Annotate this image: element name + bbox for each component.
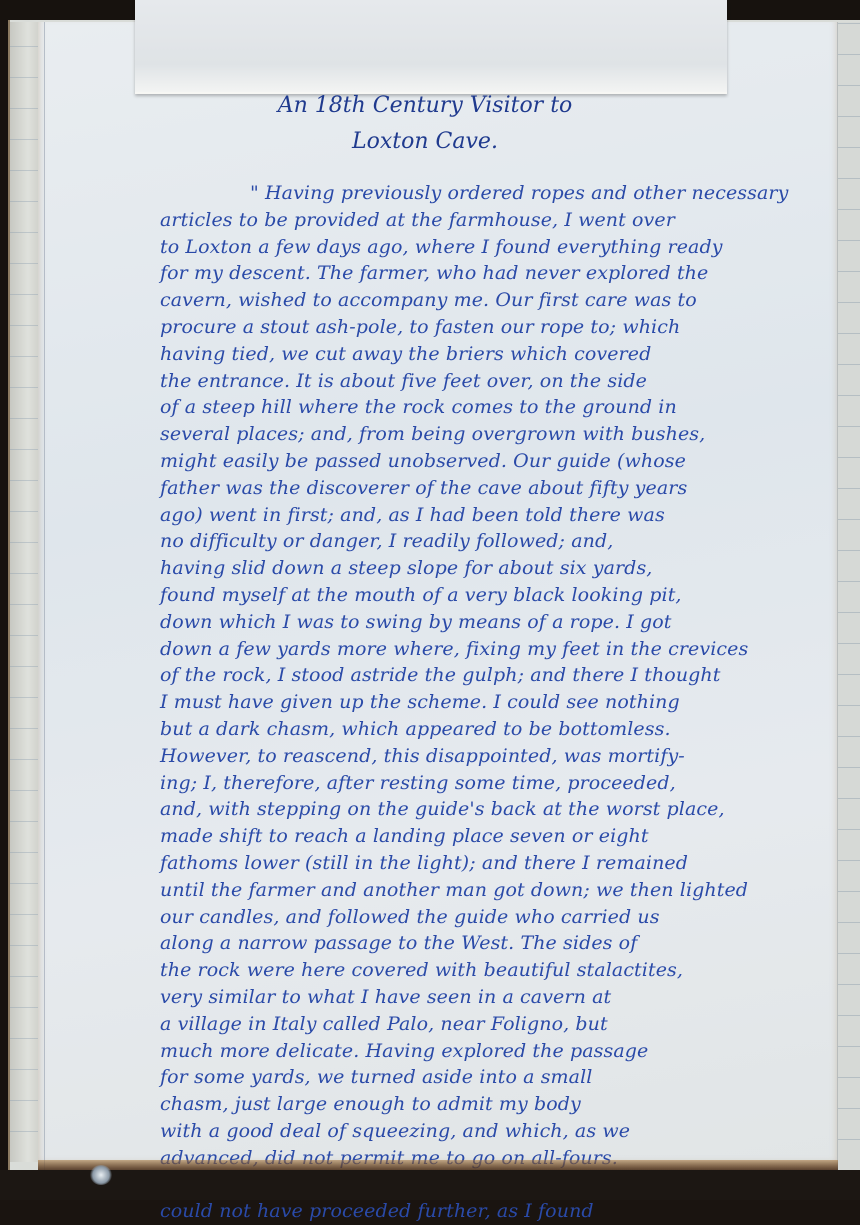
text-line: for my descent. The farmer, who had neve… [160, 260, 800, 287]
text-line: made shift to reach a landing place seve… [160, 823, 800, 850]
text-line: with a good deal of squeezing, and which… [160, 1118, 800, 1145]
page-right-edge [837, 22, 860, 1170]
text-line: much more delicate. Having explored the … [160, 1038, 800, 1065]
text-line: but a dark chasm, which appeared to be b… [160, 716, 800, 743]
dark-surface [0, 1170, 860, 1200]
text-line: procure a stout ash-pole, to fasten our … [160, 314, 800, 341]
margin-line [44, 22, 45, 1170]
text-line: father was the discoverer of the cave ab… [160, 475, 800, 502]
text-line: " Having previously ordered ropes and ot… [160, 180, 800, 207]
text-line: might easily be passed unobserved. Our g… [160, 448, 800, 475]
text-line: articles to be provided at the farmhouse… [160, 207, 800, 234]
text-line: fathoms lower (still in the light); and … [160, 850, 800, 877]
text-line: of the rock, I stood astride the gulph; … [160, 662, 800, 689]
text-line: for some yards, we turned aside into a s… [160, 1064, 800, 1091]
text-line: until the farmer and another man got dow… [160, 877, 800, 904]
title-line: Loxton Cave. [200, 124, 650, 160]
text-line: to Loxton a few days ago, where I found … [160, 234, 800, 261]
text-line: the entrance. It is about five feet over… [160, 368, 800, 395]
manuscript-body: " Having previously ordered ropes and ot… [160, 180, 800, 1200]
text-line: several places; and, from being overgrow… [160, 421, 800, 448]
text-line: ing; I, therefore, after resting some ti… [160, 770, 800, 797]
text-line: no difficulty or danger, I readily follo… [160, 528, 800, 555]
text-line: found myself at the mouth of a very blac… [160, 582, 800, 609]
text-line: of a steep hill where the rock comes to … [160, 394, 800, 421]
document-title: An 18th Century Visitor to Loxton Cave. [200, 88, 650, 160]
text-line: down a few yards more where, fixing my f… [160, 636, 800, 663]
text-line: along a narrow passage to the West. The … [160, 930, 800, 957]
text-line: ago) went in first; and, as I had been t… [160, 502, 800, 529]
text-line: and, with stepping on the guide's back a… [160, 796, 800, 823]
folded-paper-tab [135, 0, 727, 94]
light-reflection [90, 1165, 112, 1185]
photo-background: An 18th Century Visitor to Loxton Cave. … [0, 0, 860, 1200]
text-line: However, to reascend, this disappointed,… [160, 743, 800, 770]
text-line: cavern, wished to accompany me. Our firs… [160, 287, 800, 314]
text-line: having tied, we cut away the briers whic… [160, 341, 800, 368]
text-line: our candles, and followed the guide who … [160, 904, 800, 931]
text-line: a village in Italy called Palo, near Fol… [160, 1011, 800, 1038]
graph-paper-strip [10, 22, 41, 1162]
title-line: An 18th Century Visitor to [200, 88, 650, 124]
text-line: down which I was to swing by means of a … [160, 609, 800, 636]
text-line: chasm, just large enough to admit my bod… [160, 1091, 800, 1118]
text-line: I must have given up the scheme. I could… [160, 689, 800, 716]
text-line: having slid down a steep slope for about… [160, 555, 800, 582]
text-line: the rock were here covered with beautifu… [160, 957, 800, 984]
text-line: very similar to what I have seen in a ca… [160, 984, 800, 1011]
